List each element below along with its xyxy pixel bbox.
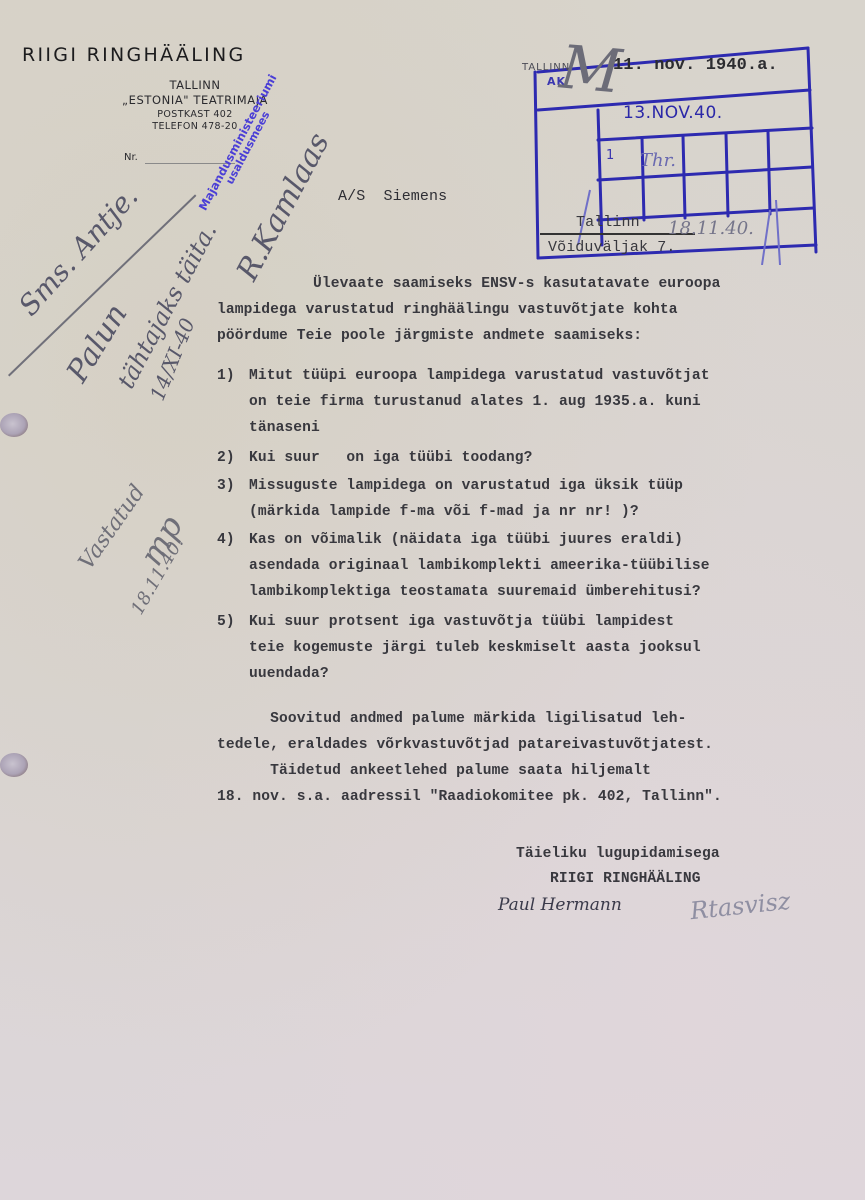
salutation: Täieliku lugupidamisega — [516, 846, 720, 862]
question-line: Mitut tüüpi euroopa lampidega varustatud… — [249, 368, 710, 384]
stamp-handwritten-initials: M — [557, 32, 624, 107]
question-line: Kui suur on iga tüübi toodang? — [249, 450, 532, 466]
stamp-received-date: 13.NOV.40. — [623, 103, 723, 123]
letterhead-organization: RIIGI RINGHÄÄLING — [22, 44, 246, 66]
closing-line: Soovitud andmed palume märkida ligilisat… — [217, 711, 686, 727]
question-number: 4) — [217, 532, 235, 548]
question-number: 5) — [217, 614, 235, 630]
letterhead-postbox: POSTKAST 402 — [45, 109, 345, 120]
recipient-name: A/S Siemens — [338, 188, 447, 205]
body-intro-line: pöördume Teie poole järgmiste andmete sa… — [217, 328, 642, 344]
closing-line: Täidetud ankeetlehed palume saata hiljem… — [217, 763, 651, 779]
recipient-city: Tallinn — [576, 214, 640, 231]
body-intro-line: lampidega varustatud ringhäälingu vastuv… — [217, 302, 678, 318]
reference-number-label: Nr. — [124, 152, 138, 163]
closing-line: 18. nov. s.a. aadressil "Raadiokomitee p… — [217, 789, 722, 805]
question-line: Kas on võimalik (näidata iga tüübi juure… — [249, 532, 683, 548]
handwritten-signer-name: Paul Hermann — [498, 895, 622, 915]
stamp-grid-number: 1 — [606, 148, 614, 163]
question-line: Kui suur protsent iga vastuvõtja tüübi l… — [249, 614, 674, 630]
question-number: 3) — [217, 478, 235, 494]
question-number: 1) — [217, 368, 235, 384]
question-line: tänaseni — [249, 420, 320, 436]
letterhead-phone: TELEFON 478-20 — [45, 121, 345, 132]
question-line: on teie firma turustanud alates 1. aug 1… — [249, 394, 701, 410]
question-line: (märkida lampide f-ma või f-mad ja nr nr… — [249, 504, 639, 520]
question-line: teie kogemuste järgi tuleb keskmiselt aa… — [249, 640, 701, 656]
question-line: uuendada? — [249, 666, 329, 682]
stamp-handwritten-note: Thr. — [640, 150, 676, 171]
letterhead-building: „ESTONIA" TEATRIMAJA — [45, 93, 345, 107]
punch-hole — [0, 413, 28, 437]
letterhead-city: TALLINN — [45, 78, 345, 92]
punch-hole — [0, 753, 28, 777]
recipient-street: Võiduväljak 7. — [548, 239, 675, 256]
letter-date: 11. nov. 1940.a. — [613, 56, 778, 75]
address-handwritten-date: 18.11.40. — [668, 218, 754, 239]
signature-organization: RIIGI RINGHÄÄLING — [550, 871, 701, 887]
question-line: Missuguste lampidega on varustatud iga ü… — [249, 478, 683, 494]
question-number: 2) — [217, 450, 235, 466]
body-intro-line: Ülevaate saamiseks ENSV-s kasutatavate e… — [313, 276, 720, 292]
question-line: lambikomplektiga teostamata suuremaid üm… — [249, 584, 701, 600]
question-line: asendada originaal lambikomplekti ameeri… — [249, 558, 710, 574]
closing-line: tedele, eraldades võrkvastuvõtjad patare… — [217, 737, 713, 753]
